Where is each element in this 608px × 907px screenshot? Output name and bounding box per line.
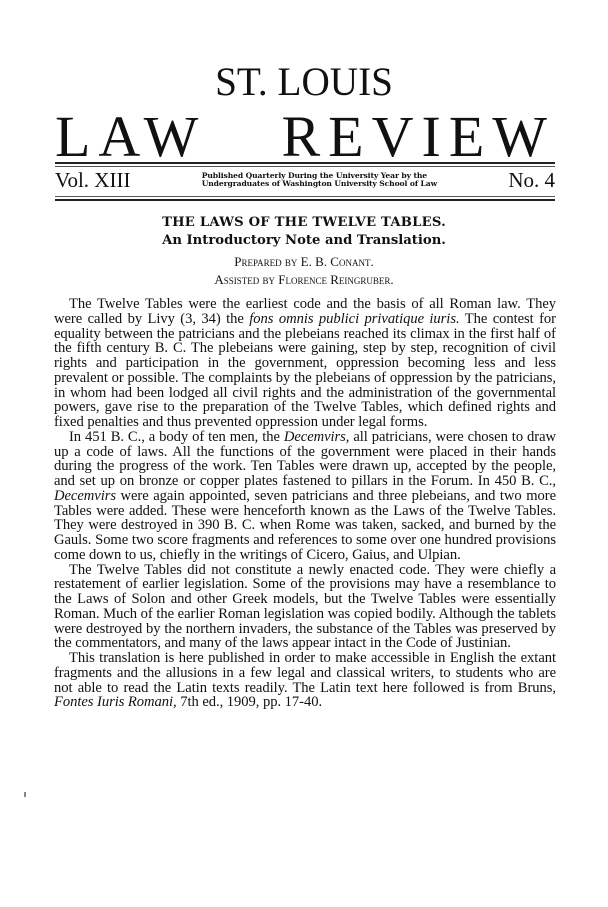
journal-name-law: LAW [55,108,206,166]
paragraph-4: This translation is here published in or… [54,651,556,710]
article-title: THE LAWS OF THE TWELVE TABLES. [0,214,608,231]
p4-source-title: Fontes Iuris Romani, [54,694,177,710]
article-body: The Twelve Tables were the earliest code… [54,297,556,710]
volume-label: Vol. XIII [55,169,130,191]
header-rule-top-thin [55,166,555,167]
header-rule-bottom-thin [55,196,555,197]
p2-text-e: were again appointed, seven patricians a… [54,488,556,563]
publisher-line-2: Undergraduates of Washington University … [202,180,437,188]
journal-name-line2: LAW REVIEW [55,108,555,166]
header-rule-top-thick [55,162,555,164]
paragraph-2: In 451 B. C., a body of ten men, the Dec… [54,430,556,563]
article-subtitle: An Introductory Note and Translation. [0,231,608,250]
issue-number: No. 4 [508,169,555,191]
issue-info-row: Vol. XIII Published Quarterly During the… [55,168,555,192]
header-rule-bottom-thick [55,199,555,201]
assisted-by-credit: Assisted by Florence Reingruber. [0,271,608,289]
p2-text-a: In 451 B. C., a body of ten men, the [69,429,284,445]
prepared-by-credit: Prepared by E. B. Conant. [0,253,608,271]
p1-latin-phrase: fons omnis publici privatique iuris. [249,311,459,327]
p4-text-c: 7th ed., 1909, pp. 17-40. [177,694,322,710]
document-page: ST. LOUIS LAW REVIEW Vol. XIII Published… [0,0,608,907]
p1-text-c: The contest for equality between the pat… [54,311,556,430]
journal-name-review: REVIEW [282,108,556,166]
p2-decemvirs-1: Decemvirs, [284,429,350,445]
p3-text: The Twelve Tables did not constitute a n… [54,562,556,652]
p2-decemvirs-2: Decemvirs [54,488,116,504]
scan-artifact [24,792,26,797]
paragraph-1: The Twelve Tables were the earliest code… [54,297,556,430]
journal-name-line1: ST. LOUIS [6,62,602,102]
paragraph-3: The Twelve Tables did not constitute a n… [54,563,556,652]
publisher-note: Published Quarterly During the Universit… [202,172,437,189]
p4-text-a: This translation is here published in or… [54,650,556,696]
article-heading: THE LAWS OF THE TWELVE TABLES. An Introd… [0,214,608,289]
